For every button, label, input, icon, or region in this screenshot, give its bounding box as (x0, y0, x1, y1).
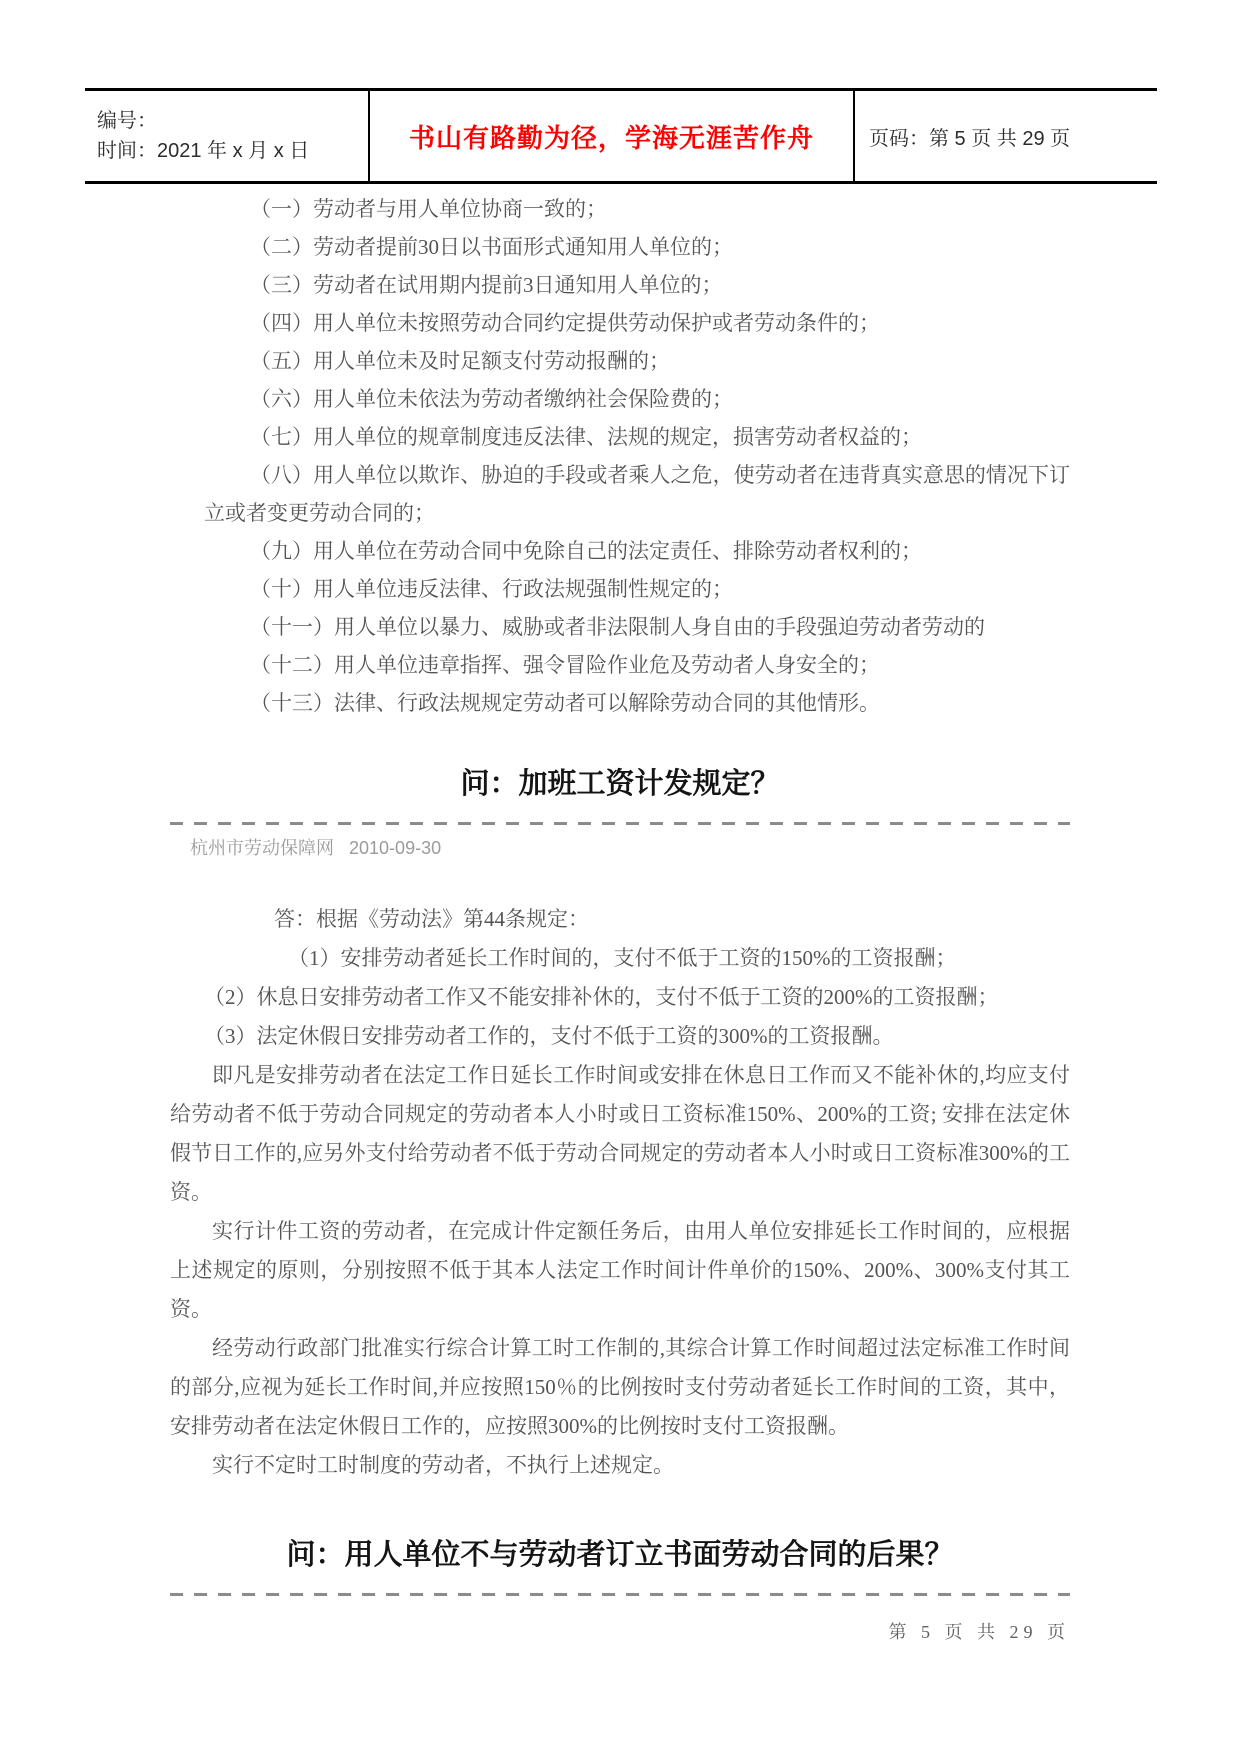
answer-item-2: （2）休息日安排劳动者工作又不能安排补休的，支付不低于工资的200%的工资报酬； (170, 978, 1070, 1017)
source-line: 杭州市劳动保障网 2010-09-30 (190, 834, 1070, 860)
source-date: 2010-09-30 (349, 838, 441, 858)
page-header: 编号： 时间：2021 年 x 月 x 日 书山有路勤为径，学海无涯苦作舟 页码… (85, 88, 1157, 184)
list-item: （八）用人单位以欺诈、胁迫的手段或者乘人之危，使劳动者在违背真实意思的情况下订立… (170, 456, 1070, 532)
answer-paragraph: 即凡是安排劳动者在法定工作日延长工作时间或安排在休息日工作而又不能补休的,均应支… (170, 1056, 1070, 1212)
header-page-cell: 页码：第 5 页 共 29 页 (855, 91, 1157, 181)
dashed-divider (170, 822, 1070, 825)
doc-date-label: 时间：2021 年 x 月 x 日 (97, 136, 368, 166)
answer-item-3: （3）法定休假日安排劳动者工作的，支付不低于工资的300%的工资报酬。 (170, 1017, 1070, 1056)
answer-paragraph: 实行不定时工时制度的劳动者，不执行上述规定。 (170, 1446, 1070, 1485)
list-item: （七）用人单位的规章制度违反法律、法规的规定，损害劳动者权益的； (170, 418, 1070, 456)
list-item: （四）用人单位未按照劳动合同约定提供劳动保护或者劳动条件的； (170, 304, 1070, 342)
list-item: （十）用人单位违反法律、行政法规强制性规定的； (170, 570, 1070, 608)
header-motto: 书山有路勤为径，学海无涯苦作舟 (409, 118, 814, 155)
answer-intro: 答：根据《劳动法》第44条规定： (170, 900, 1070, 939)
list-item: （九）用人单位在劳动合同中免除自己的法定责任、排除劳动者权利的； (170, 532, 1070, 570)
document-page: 编号： 时间：2021 年 x 月 x 日 书山有路勤为径，学海无涯苦作舟 页码… (0, 0, 1241, 1754)
question-title-overtime-pay: 问：加班工资计发规定？ (170, 764, 1070, 804)
list-item: （十一）用人单位以暴力、威胁或者非法限制人身自由的手段强迫劳动者劳动的 (170, 608, 1070, 646)
page-footer: 第 5 页 共 29 页 (170, 1618, 1070, 1644)
list-item: （十三）法律、行政法规规定劳动者可以解除劳动合同的其他情形。 (170, 684, 1070, 722)
dashed-divider (170, 1593, 1070, 1596)
list-item: （三）劳动者在试用期内提前3日通知用人单位的； (170, 266, 1070, 304)
header-motto-cell: 书山有路勤为径，学海无涯苦作舟 (368, 91, 855, 181)
clause-list: （一）劳动者与用人单位协商一致的； （二）劳动者提前30日以书面形式通知用人单位… (170, 190, 1070, 722)
answer-item-1: （1）安排劳动者延长工作时间的，支付不低于工资的150%的工资报酬； (170, 939, 1070, 978)
source-site: 杭州市劳动保障网 (190, 838, 334, 858)
header-page-label: 页码：第 5 页 共 29 页 (869, 122, 1070, 151)
list-item: （六）用人单位未依法为劳动者缴纳社会保险费的； (170, 380, 1070, 418)
list-item: （二）劳动者提前30日以书面形式通知用人单位的； (170, 228, 1070, 266)
answer-paragraph: 经劳动行政部门批准实行综合计算工时工作制的,其综合计算工作时间超过法定标准工作时… (170, 1329, 1070, 1446)
list-item: （五）用人单位未及时足额支付劳动报酬的； (170, 342, 1070, 380)
question-title-no-written-contract: 问：用人单位不与劳动者订立书面劳动合同的后果？ (170, 1535, 1070, 1575)
doc-number-label: 编号： (97, 106, 368, 136)
document-body: （一）劳动者与用人单位协商一致的； （二）劳动者提前30日以书面形式通知用人单位… (170, 190, 1070, 1644)
header-meta-cell: 编号： 时间：2021 年 x 月 x 日 (85, 91, 368, 181)
list-item: （十二）用人单位违章指挥、强令冒险作业危及劳动者人身安全的； (170, 646, 1070, 684)
list-item: （一）劳动者与用人单位协商一致的； (170, 190, 1070, 228)
answer-paragraph: 实行计件工资的劳动者，在完成计件定额任务后，由用人单位安排延长工作时间的，应根据… (170, 1212, 1070, 1329)
answer-block: 答：根据《劳动法》第44条规定： （1）安排劳动者延长工作时间的，支付不低于工资… (170, 900, 1070, 1485)
